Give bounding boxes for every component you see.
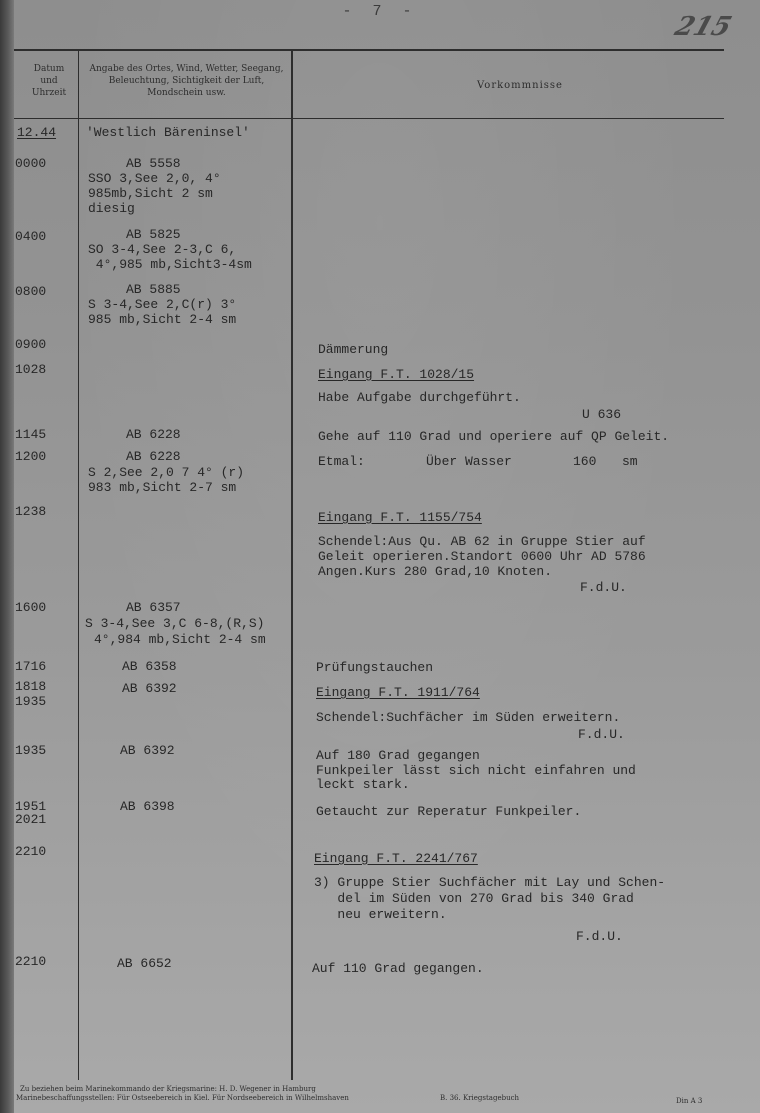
time-1238: 1238 <box>15 505 46 519</box>
pos-1818: AB 6392 <box>122 682 177 696</box>
pos-1200: AB 6228 <box>126 450 181 464</box>
event-2210-sig: F.d.U. <box>576 930 623 944</box>
footer-paper-size: Din A 3 <box>676 1097 702 1106</box>
event-1951: Getaucht zur Reperatur Funkpeiler. <box>316 805 581 819</box>
time-0400: 0400 <box>15 230 46 244</box>
wx-0800-1: S 3-4,See 2,C(r) 3° <box>88 298 236 312</box>
page-number: - 7 - <box>310 3 450 20</box>
pos-1600: AB 6357 <box>126 601 181 615</box>
pos-1716: AB 6358 <box>122 660 177 674</box>
event-1238-sig: F.d.U. <box>580 581 627 595</box>
pos-0400: AB 5825 <box>126 228 181 242</box>
event-1238-1: Schendel:Aus Qu. AB 62 in Gruppe Stier a… <box>318 535 646 549</box>
time-1935: 1935 <box>15 695 46 709</box>
wx-1600-1: S 3-4,See 3,C 6-8,(R,S) <box>85 617 264 631</box>
location-title: 'Westlich Bäreninsel' <box>86 126 250 140</box>
event-1145: Gehe auf 110 Grad und operiere auf QP Ge… <box>318 430 669 444</box>
time-2021: 2021 <box>15 813 46 827</box>
time-1200: 1200 <box>15 450 46 464</box>
event-2210-3: neu erweitern. <box>314 908 447 922</box>
event-1935b-3: leckt stark. <box>316 778 410 792</box>
footer-publisher-line1: Zu beziehen beim Marinekommando der Krie… <box>20 1085 316 1094</box>
pos-1935: AB 6392 <box>120 744 175 758</box>
time-1935b: 1935 <box>15 744 46 758</box>
etmal-above-water: Über Wasser <box>426 455 512 469</box>
etmal-label: Etmal: <box>318 455 365 469</box>
time-1716: 1716 <box>15 660 46 674</box>
footer-publisher-line2: Marinebeschaffungsstellen: Für Ostseeber… <box>16 1094 349 1103</box>
time-0800: 0800 <box>15 285 46 299</box>
event-1935b-1: Auf 180 Grad gegangen <box>316 749 480 763</box>
event-2210b: Auf 110 Grad gegangen. <box>312 962 484 976</box>
wx-0400-2: 4°,985 mb,Sicht3-4sm <box>88 258 252 272</box>
etmal-value: 160 <box>573 455 596 469</box>
time-2210: 2210 <box>15 845 46 859</box>
event-1028-1: Habe Aufgabe durchgeführt. <box>318 391 521 405</box>
event-2210-1: 3) Gruppe Stier Suchfächer mit Lay und S… <box>314 876 665 890</box>
header-bottom-rule <box>14 118 724 119</box>
time-1145: 1145 <box>15 428 46 442</box>
time-0000: 0000 <box>15 157 46 171</box>
event-1238-2: Geleit operieren.Standort 0600 Uhr AD 57… <box>318 550 646 564</box>
pos-2210: AB 6652 <box>117 957 172 971</box>
wx-0000-1: SSO 3,See 2,0, 4° <box>88 172 221 186</box>
etmal-unit: sm <box>622 455 638 469</box>
wx-0000-2: 985mb,Sicht 2 sm <box>88 187 213 201</box>
column-divider-2 <box>291 50 293 1080</box>
document-page: - 7 - 215 Datum und Uhrzeit Angabe des O… <box>0 0 760 1113</box>
event-1935-sig: F.d.U. <box>578 728 625 742</box>
date-cell: 12.44 <box>17 126 56 140</box>
header-events: Vorkommnisse <box>390 80 650 92</box>
time-1600: 1600 <box>15 601 46 615</box>
wx-0000-3: diesig <box>88 202 135 216</box>
header-date-time: Datum und Uhrzeit <box>24 63 74 99</box>
event-heading-2210: Eingang F.T. 2241/767 <box>314 852 478 866</box>
wx-1600-2: 4°,984 mb,Sicht 2-4 sm <box>94 633 266 647</box>
time-1818: 1818 <box>15 680 46 694</box>
time-1028: 1028 <box>15 363 46 377</box>
event-2210-2: del im Süden von 270 Grad bis 340 Grad <box>314 892 634 906</box>
pos-1145: AB 6228 <box>126 428 181 442</box>
wx-1200-2: 983 mb,Sicht 2-7 sm <box>88 481 236 495</box>
binding-shadow <box>0 0 14 1113</box>
event-heading-1028: Eingang F.T. 1028/15 <box>318 368 474 382</box>
wx-0400-1: SO 3-4,See 2-3,C 6, <box>88 243 236 257</box>
table-top-rule <box>14 49 724 51</box>
event-1238-3: Angen.Kurs 280 Grad,10 Knoten. <box>318 565 552 579</box>
pos-0800: AB 5885 <box>126 283 181 297</box>
wx-0800-2: 985 mb,Sicht 2-4 sm <box>88 313 236 327</box>
event-heading-1818: Eingang F.T. 1911/764 <box>316 686 480 700</box>
header-location-weather: Angabe des Ortes, Wind, Wetter, Seegang,… <box>84 63 289 99</box>
time-0900: 0900 <box>15 338 46 352</box>
event-1028-sig: U 636 <box>582 408 621 422</box>
event-1935b-2: Funkpeiler lässt sich nicht einfahren un… <box>316 764 636 778</box>
footer-form-name: B. 36. Kriegstagebuch <box>440 1094 519 1103</box>
handwritten-folio-number: 215 <box>671 12 735 42</box>
pos-0000: AB 5558 <box>126 157 181 171</box>
column-divider-1 <box>78 50 79 1080</box>
time-2210b: 2210 <box>15 955 46 969</box>
event-daemmerung: Dämmerung <box>318 343 388 357</box>
pos-1951: AB 6398 <box>120 800 175 814</box>
event-1935-1: Schendel:Suchfächer im Süden erweitern. <box>316 711 620 725</box>
event-1716: Prüfungstauchen <box>316 661 433 675</box>
event-heading-1238: Eingang F.T. 1155/754 <box>318 511 482 525</box>
wx-1200-1: S 2,See 2,0 7 4° (r) <box>88 466 244 480</box>
